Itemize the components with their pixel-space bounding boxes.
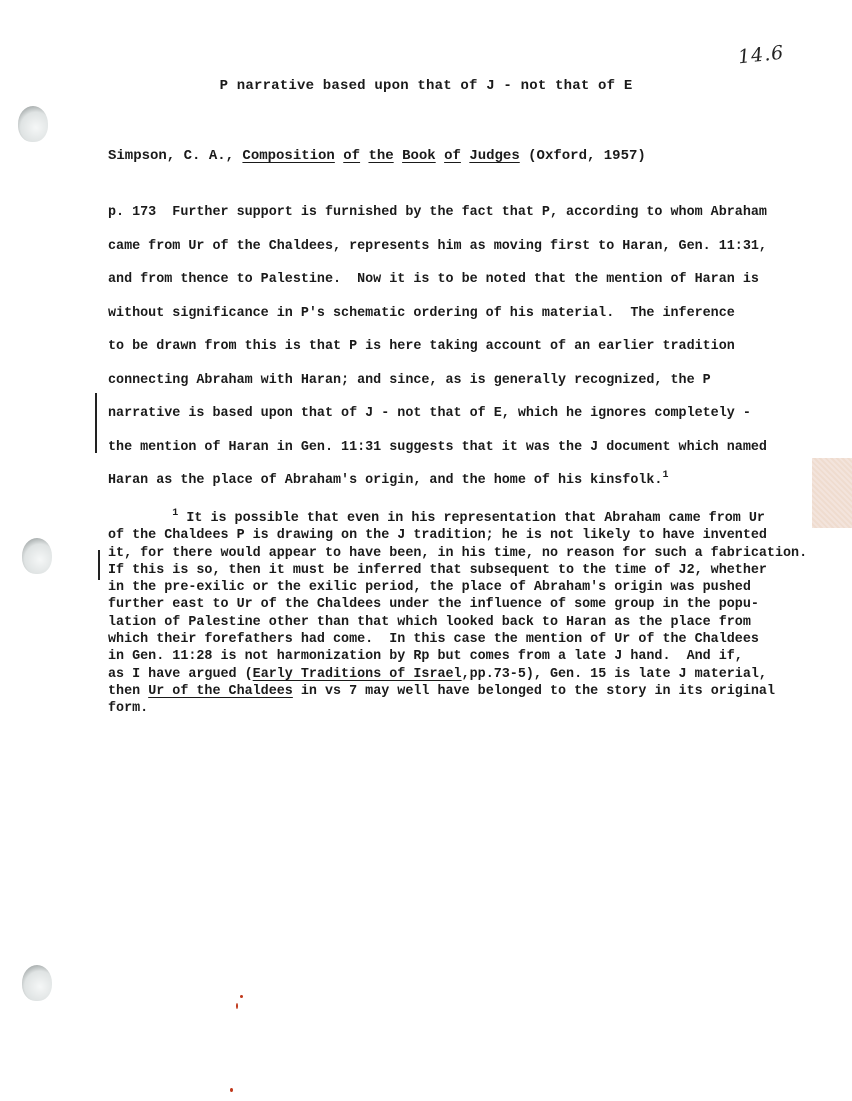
footnote-text: as I have argued ( bbox=[108, 667, 253, 682]
body-line: connecting Abraham with Haran; and since… bbox=[108, 364, 808, 398]
body-line: came from Ur of the Chaldees, represents… bbox=[108, 230, 808, 264]
body-line-last: Haran as the place of Abraham's origin, … bbox=[108, 464, 808, 498]
citation-book-word: the bbox=[368, 148, 393, 164]
citation-book-word: of bbox=[343, 148, 360, 164]
margin-mark-body bbox=[95, 393, 97, 453]
footnote-line-citation: as I have argued (Early Traditions of Is… bbox=[108, 666, 848, 683]
citation-publication: (Oxford, 1957) bbox=[528, 148, 646, 164]
document-title: P narrative based upon that of J - not t… bbox=[0, 78, 852, 94]
footnote-line: further east to Ur of the Chaldees under… bbox=[108, 596, 848, 613]
footnote-text: then bbox=[108, 684, 148, 699]
footnote-text: ,pp.73-5), Gen. 15 is late J material, bbox=[462, 667, 767, 682]
punch-hole-bottom bbox=[22, 965, 52, 1001]
footnote-text: in vs 7 may well have belonged to the st… bbox=[293, 684, 775, 699]
footnote-line-first: 1 It is possible that even in his repres… bbox=[108, 510, 848, 527]
footnote-line-underlined: then Ur of the Chaldees in vs 7 may well… bbox=[108, 683, 848, 700]
body-line: narrative is based upon that of J - not … bbox=[108, 397, 808, 431]
citation-book-word: Book bbox=[402, 148, 436, 164]
body-line: without significance in P's schematic or… bbox=[108, 297, 808, 331]
underlined-phrase: Ur of the Chaldees bbox=[148, 684, 293, 699]
cited-book-title: Early Traditions of Israel bbox=[253, 667, 462, 682]
citation-book-word: Judges bbox=[469, 148, 519, 164]
body-line: the mention of Haran in Gen. 11:31 sugge… bbox=[108, 431, 808, 465]
ink-speck bbox=[230, 1088, 233, 1092]
quotation-body: p. 173 Further support is furnished by t… bbox=[108, 196, 808, 498]
citation-author: Simpson, C. A., bbox=[108, 148, 242, 164]
footnote-line: form. bbox=[108, 700, 848, 717]
footnote-reference: 1 bbox=[662, 470, 668, 481]
footnote-line: in Gen. 11:28 is not harmonization by Rp… bbox=[108, 648, 848, 665]
footnote-line: If this is so, then it must be inferred … bbox=[108, 562, 848, 579]
footnote-line: in the pre-exilic or the exilic period, … bbox=[108, 579, 848, 596]
footnote-line: of the Chaldees P is drawing on the J tr… bbox=[108, 527, 848, 544]
footnote-line: lation of Palestine other than that whic… bbox=[108, 614, 848, 631]
body-line: and from thence to Palestine. Now it is … bbox=[108, 263, 808, 297]
handwritten-page-number: 14.6 bbox=[737, 42, 785, 69]
citation: Simpson, C. A., Composition of the Book … bbox=[108, 148, 646, 164]
citation-book-word: Composition bbox=[242, 148, 334, 164]
footnote-line: which their forefathers had come. In thi… bbox=[108, 631, 848, 648]
citation-book-word: of bbox=[444, 148, 461, 164]
punch-hole-middle bbox=[22, 538, 52, 574]
body-line: to be drawn from this is that P is here … bbox=[108, 330, 808, 364]
body-line: p. 173 Further support is furnished by t… bbox=[108, 196, 808, 230]
body-line-text: Haran as the place of Abraham's origin, … bbox=[108, 473, 662, 488]
punch-hole-top bbox=[18, 106, 48, 142]
ink-speck bbox=[240, 995, 243, 998]
ink-speck bbox=[236, 1003, 238, 1009]
footnote: 1 It is possible that even in his repres… bbox=[108, 510, 848, 718]
margin-mark-footnote bbox=[98, 550, 100, 580]
footnote-line: it, for there would appear to have been,… bbox=[108, 545, 848, 562]
footnote-line-text: It is possible that even in his represen… bbox=[178, 511, 765, 526]
